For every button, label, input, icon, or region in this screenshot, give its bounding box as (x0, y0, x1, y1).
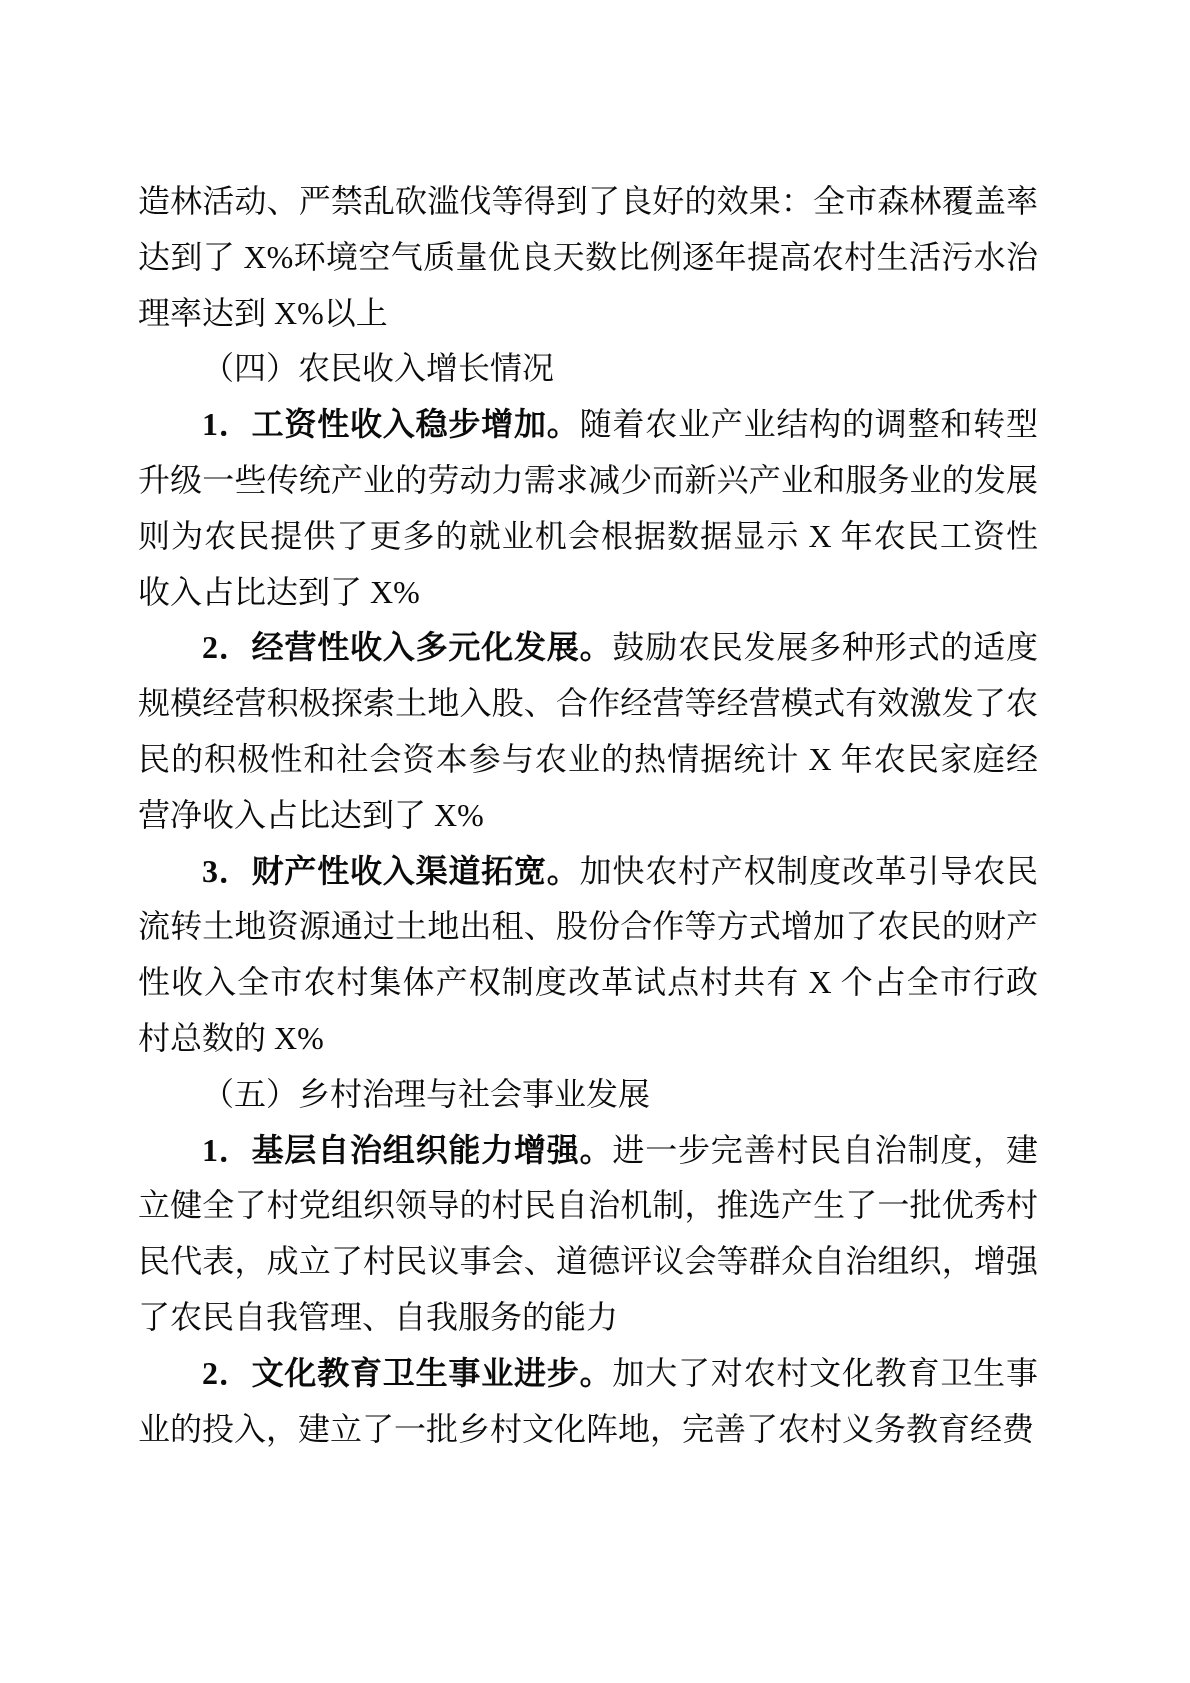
paragraph-culture-education-health: 2．文化教育卫生事业进步。加大了对农村文化教育卫生事业的投入，建立了一批乡村文化… (138, 1346, 1038, 1458)
document-page: 造林活动、严禁乱砍滥伐等得到了良好的效果：全市森林覆盖率达到了 X%环境空气质量… (0, 0, 1190, 1683)
paragraph-wage-income: 1．工资性收入稳步增加。随着农业产业结构的调整和转型升级一些传统产业的劳动力需求… (138, 397, 1038, 620)
paragraph-lead: 3．财产性收入渠道拓宽。 (202, 853, 580, 889)
paragraph-property-income: 3．财产性收入渠道拓宽。加快农村产权制度改革引导农民流转土地资源通过土地出租、股… (138, 844, 1038, 1067)
paragraph-business-income: 2．经营性收入多元化发展。鼓励农民发展多种形式的适度规模经营积极探索土地入股、合… (138, 620, 1038, 843)
section-heading-5: （五）乡村治理与社会事业发展 (138, 1067, 1038, 1123)
section-heading-4: （四）农民收入增长情况 (138, 341, 1038, 397)
document-body: 造林活动、严禁乱砍滥伐等得到了良好的效果：全市森林覆盖率达到了 X%环境空气质量… (138, 174, 1038, 1457)
paragraph-continuation: 造林活动、严禁乱砍滥伐等得到了良好的效果：全市森林覆盖率达到了 X%环境空气质量… (138, 174, 1038, 341)
paragraph-lead: 2．文化教育卫生事业进步。 (202, 1355, 612, 1391)
paragraph-lead: 1．基层自治组织能力增强。 (202, 1132, 612, 1168)
paragraph-lead: 2．经营性收入多元化发展。 (202, 629, 612, 665)
paragraph-grassroots-governance: 1．基层自治组织能力增强。进一步完善村民自治制度，建立健全了村党组织领导的村民自… (138, 1123, 1038, 1346)
paragraph-lead: 1．工资性收入稳步增加。 (202, 406, 580, 442)
